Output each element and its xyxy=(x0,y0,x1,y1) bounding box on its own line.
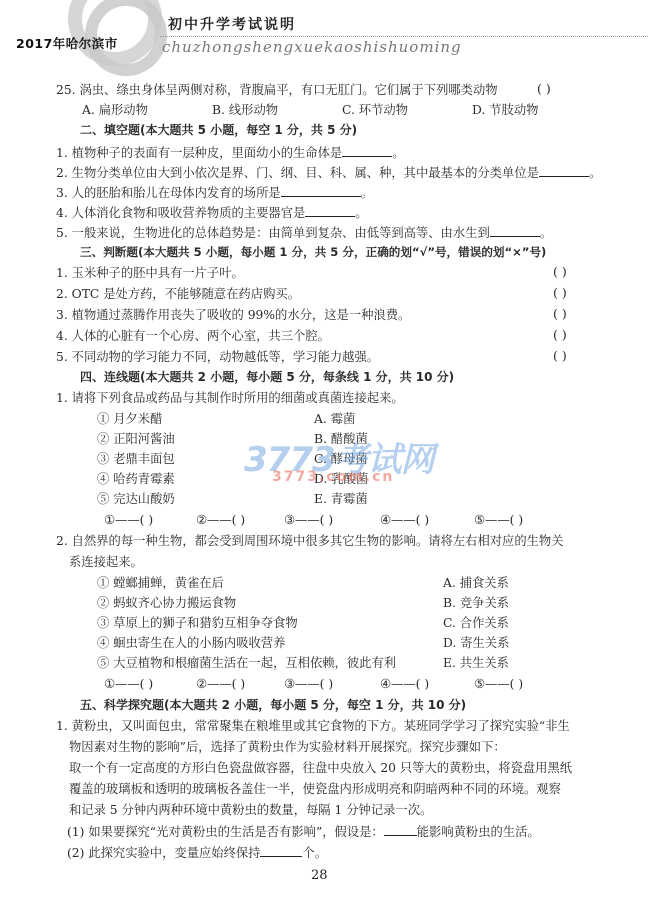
book-title: 初中升学考试说明 xyxy=(168,14,296,34)
option-d: D. 节肢动物 xyxy=(472,101,538,119)
fill-item-text: 3. 人的胚胎和胎儿在母体内发育的场所是 xyxy=(56,186,281,200)
matching-answer-1[interactable]: ①——( ) xyxy=(104,675,153,693)
matching-right-item: A. 霉菌 xyxy=(314,410,355,428)
matching-left-item: ② 正阳河酱油 xyxy=(97,430,175,448)
matching-answer-4[interactable]: ④——( ) xyxy=(380,675,429,693)
inquiry-sub-question-1: (1) 如果要探究“光对黄粉虫的生活是否有影响”，假设是：能影响黄粉虫的生活。 xyxy=(67,822,540,841)
sub-question-text: (2) 此探究实验中，变量应始终保持 xyxy=(67,846,260,860)
answer-blank[interactable] xyxy=(305,203,355,217)
fill-item-text: 1. 植物种子的表面有一层种皮，里面幼小的生命体是 xyxy=(56,146,342,160)
matching-right-item: C. 合作关系 xyxy=(443,614,509,632)
answer-blank[interactable] xyxy=(260,843,302,857)
answer-blank[interactable] xyxy=(342,143,392,157)
header-divider xyxy=(160,36,648,37)
matching-right-item: E. 青霉菌 xyxy=(314,490,368,508)
inquiry-text-line: 覆盖的玻璃板和透明的玻璃板各盖住一半，使瓷盘内形成明亮和阴暗两种不同的环境。观察 xyxy=(69,780,561,798)
answer-paren[interactable]: ( ) xyxy=(553,327,567,342)
answer-paren[interactable]: ( ) xyxy=(553,306,567,321)
section-title-fill-in: 二、填空题(本大题共 5 小题，每空 1 分，共 5 分) xyxy=(80,121,357,139)
matching-answer-3[interactable]: ③——( ) xyxy=(284,675,333,693)
fill-item-end: 。 xyxy=(540,226,552,240)
answer-paren[interactable]: ( ) xyxy=(553,285,567,300)
judge-item-4: 4. 人体的心脏有一个心房、两个心室，共三个腔。 xyxy=(56,327,330,345)
answer-blank[interactable] xyxy=(384,822,417,836)
fill-item-1: 1. 植物种子的表面有一层种皮，里面幼小的生命体是。 xyxy=(56,143,405,162)
fill-item-4: 4. 人体消化食物和吸收营养物质的主要器官是。 xyxy=(56,203,368,222)
matching-answer-5[interactable]: ⑤——( ) xyxy=(474,675,523,693)
judge-item-1: 1. 玉米种子的胚中具有一片子叶。 xyxy=(56,264,244,282)
section-title-inquiry: 五、科学探究题(本大题共 2 小题，每小题 5 分，每空 1 分，共 10 分) xyxy=(80,696,466,714)
option-a: A. 扁形动物 xyxy=(82,101,148,119)
inquiry-sub-question-2: (2) 此探究实验中，变量应始终保持个。 xyxy=(67,843,327,862)
sub-question-end: 个。 xyxy=(302,846,327,860)
page-header: 2017年哈尔滨市 初中升学考试说明 chuzhongshengxuekaosh… xyxy=(0,0,650,70)
watermark-url: 3773.com.cn xyxy=(272,469,394,485)
page-number: 28 xyxy=(311,868,328,883)
matching-answer-2[interactable]: ②——( ) xyxy=(196,675,245,693)
inquiry-text-line: 物因素对生物的影响”后，选择了黄粉虫作为实验材料开展探究。探究步骤如下： xyxy=(69,738,506,756)
judge-item-2: 2. OTC 是处方药，不能够随意在药店购买。 xyxy=(56,285,300,303)
fill-item-end: 。 xyxy=(392,146,404,160)
fill-item-end: 。 xyxy=(355,206,367,220)
answer-paren[interactable]: ( ) xyxy=(537,81,551,96)
matching-answer-4[interactable]: ④——( ) xyxy=(380,511,429,529)
option-b: B. 线形动物 xyxy=(212,101,278,119)
matching-q2-stem-cont: 系连接起来。 xyxy=(69,553,143,571)
fill-item-2: 2. 生物分类单位由大到小依次是界、门、纲、目、科、属、种，其中最基本的分类单位… xyxy=(56,163,601,182)
book-title-pinyin: chuzhongshengxuekaoshishuoming xyxy=(162,38,462,56)
matching-right-item: E. 共生关系 xyxy=(443,654,509,672)
matching-left-item: ③ 老鼎丰面包 xyxy=(97,450,175,468)
matching-right-item: B. 竞争关系 xyxy=(443,594,509,612)
matching-answer-1[interactable]: ①——( ) xyxy=(104,511,153,529)
matching-left-item: ① 螳螂捕蝉，黄雀在后 xyxy=(97,574,224,592)
answer-blank[interactable] xyxy=(281,183,361,197)
fill-item-3: 3. 人的胚胎和胎儿在母体内发育的场所是。 xyxy=(56,183,373,202)
matching-answer-5[interactable]: ⑤——( ) xyxy=(474,511,523,529)
answer-blank[interactable] xyxy=(539,163,589,177)
inquiry-text-line: 和记录 5 分钟内两种环境中黄粉虫的数量，每隔 1 分钟记录一次。 xyxy=(69,801,432,819)
matching-left-item: ④ 蛔虫寄生在人的小肠内吸收营养 xyxy=(97,634,285,652)
answer-blank[interactable] xyxy=(490,223,540,237)
city-year-label: 2017年哈尔滨市 xyxy=(16,34,118,52)
judge-item-3: 3. 植物通过蒸腾作用丧失了吸收的 99%的水分，这是一种浪费。 xyxy=(56,306,410,324)
judge-item-5: 5. 不同动物的学习能力不同，动物越低等，学习能力越强。 xyxy=(56,348,379,366)
section-title-true-false: 三、判断题(本大题共 5 小题，每小题 1 分，共 5 分，正确的划“√”号，错… xyxy=(80,243,546,261)
fill-item-5: 5. 一般来说，生物进化的总体趋势是：由简单到复杂、由低等到高等、由水生到。 xyxy=(56,223,552,242)
matching-left-item: ④ 哈药青霉素 xyxy=(97,470,175,488)
fill-item-text: 5. 一般来说，生物进化的总体趋势是：由简单到复杂、由低等到高等、由水生到 xyxy=(56,226,490,240)
inquiry-text-line: 取一个有一定高度的方形白色瓷盘做容器，往盘中央放入 20 只等大的黄粉虫，将瓷盘… xyxy=(69,759,572,777)
matching-q2-stem: 2. 自然界的每一种生物，都会受到周围环境中很多其它生物的影响。请将左右相对应的… xyxy=(56,532,564,550)
fill-item-end: 。 xyxy=(361,186,373,200)
matching-answer-2[interactable]: ②——( ) xyxy=(196,511,245,529)
matching-right-item: A. 捕食关系 xyxy=(443,574,509,592)
fill-item-text: 2. 生物分类单位由大到小依次是界、门、纲、目、科、属、种，其中最基本的分类单位… xyxy=(56,166,539,180)
section-title-matching: 四、连线题(本大题共 2 小题，每小题 5 分，每条线 1 分，共 10 分) xyxy=(80,368,454,386)
inquiry-text-line: 1. 黄粉虫，又叫面包虫，常常聚集在粮堆里或其它食物的下方。某班同学学习了探究实… xyxy=(56,717,570,735)
matching-left-item: ② 蚂蚁齐心协力搬运食物 xyxy=(97,594,236,612)
sub-question-end: 能影响黄粉虫的生活。 xyxy=(417,825,540,839)
sub-question-text: (1) 如果要探究“光对黄粉虫的生活是否有影响”，假设是： xyxy=(67,825,384,839)
option-c: C. 环节动物 xyxy=(342,101,408,119)
matching-q1-stem: 1. 请将下列食品或药品与其制作时所用的细菌或真菌连接起来。 xyxy=(56,389,404,407)
matching-right-item: D. 寄生关系 xyxy=(443,634,509,652)
answer-paren[interactable]: ( ) xyxy=(553,264,567,279)
fill-item-text: 4. 人体消化食物和吸收营养物质的主要器官是 xyxy=(56,206,305,220)
fill-item-end: 。 xyxy=(589,166,601,180)
matching-left-item: ① 月夕米醋 xyxy=(97,410,162,428)
matching-answer-3[interactable]: ③——( ) xyxy=(284,511,333,529)
answer-paren[interactable]: ( ) xyxy=(553,348,567,363)
question-25-stem: 25. 涡虫、绦虫身体呈两侧对称，背腹扁平，有口无肛门。它们属于下列哪类动物 xyxy=(56,81,498,99)
matching-left-item: ⑤ 完达山酸奶 xyxy=(97,490,175,508)
matching-left-item: ③ 草原上的狮子和猎豹互相争夺食物 xyxy=(97,614,298,632)
matching-left-item: ⑤ 大豆植物和根瘤菌生活在一起，互相依赖，彼此有利 xyxy=(97,654,396,672)
